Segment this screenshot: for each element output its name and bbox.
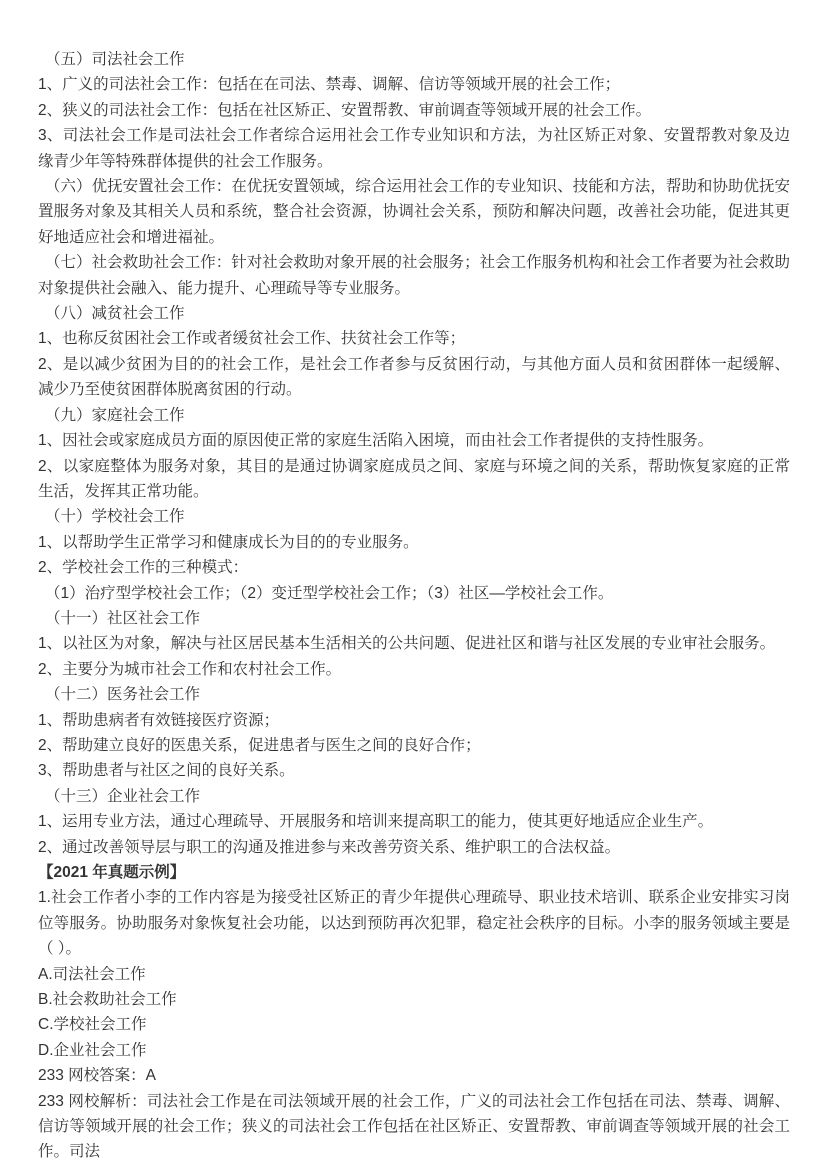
section-paragraph-7: （七）社会救助社会工作：针对社会救助对象开展的社会服务；社会工作服务机构和社会工… <box>38 250 790 301</box>
option-c: C.学校社会工作 <box>38 1012 790 1037</box>
paragraph: 1、也称反贫困社会工作或者缓贫社会工作、扶贫社会工作等； <box>38 326 790 351</box>
paragraph: 1、以社区为对象，解决与社区居民基本生活相关的公共问题、促进社区和谐与社区发展的… <box>38 631 790 656</box>
section-paragraph-6: （六）优抚安置社会工作：在优抚安置领域，综合运用社会工作的专业知识、技能和方法，… <box>38 174 790 250</box>
paragraph: 1、运用专业方法，通过心理疏导、开展服务和培训来提高职工的能力，使其更好地适应企… <box>38 809 790 834</box>
paragraph: 2、学校社会工作的三种模式： <box>38 555 790 580</box>
document-page: （五）司法社会工作 1、广义的司法社会工作：包括在在司法、禁毒、调解、信访等领域… <box>0 0 830 1175</box>
explanation-text: 233 网校解析：司法社会工作是在司法领域开展的社会工作，广义的司法社会工作包括… <box>38 1089 790 1165</box>
paragraph: 1、广义的司法社会工作：包括在在司法、禁毒、调解、信访等领域开展的社会工作； <box>38 72 790 97</box>
paragraph: 3、司法社会工作是司法社会工作者综合运用社会工作专业知识和方法，为社区矫正对象、… <box>38 123 790 174</box>
option-a: A.司法社会工作 <box>38 962 790 987</box>
paragraph: 2、通过改善领导层与职工的沟通及推进参与来改善劳资关系、维护职工的合法权益。 <box>38 835 790 860</box>
option-d: D.企业社会工作 <box>38 1038 790 1063</box>
section-heading-13: （十三）企业社会工作 <box>38 784 790 809</box>
section-heading-8: （八）减贫社会工作 <box>38 301 790 326</box>
paragraph: 2、狭义的司法社会工作：包括在社区矫正、安置帮教、审前调查等领域开展的社会工作。 <box>38 98 790 123</box>
section-heading-9: （九）家庭社会工作 <box>38 403 790 428</box>
paragraph: 1、以帮助学生正常学习和健康成长为目的的专业服务。 <box>38 530 790 555</box>
question-text: 1.社会工作者小李的工作内容是为接受社区矫正的青少年提供心理疏导、职业技术培训、… <box>38 885 790 961</box>
section-heading-11: （十一）社区社会工作 <box>38 606 790 631</box>
section-heading-12: （十二）医务社会工作 <box>38 682 790 707</box>
paragraph: 1、帮助患病者有效链接医疗资源； <box>38 708 790 733</box>
paragraph: 2、以家庭整体为服务对象，其目的是通过协调家庭成员之间、家庭与环境之间的关系，帮… <box>38 454 790 505</box>
paragraph: （1）治疗型学校社会工作；（2）变迁型学校社会工作；（3）社区—学校社会工作。 <box>38 581 790 606</box>
paragraph: 2、是以减少贫困为目的的社会工作，是社会工作者参与反贫困行动，与其他方面人员和贫… <box>38 352 790 403</box>
paragraph: 2、主要分为城市社会工作和农村社会工作。 <box>38 657 790 682</box>
paragraph: 1、因社会或家庭成员方面的原因使正常的家庭生活陷入困境，而由社会工作者提供的支持… <box>38 428 790 453</box>
exam-section-title: 【2021 年真题示例】 <box>38 860 790 885</box>
section-heading-5: （五）司法社会工作 <box>38 47 790 72</box>
option-b: B.社会救助社会工作 <box>38 987 790 1012</box>
paragraph: 2、帮助建立良好的医患关系，促进患者与医生之间的良好合作； <box>38 733 790 758</box>
section-heading-10: （十）学校社会工作 <box>38 504 790 529</box>
paragraph: 3、帮助患者与社区之间的良好关系。 <box>38 758 790 783</box>
answer-text: 233 网校答案：A <box>38 1063 790 1088</box>
